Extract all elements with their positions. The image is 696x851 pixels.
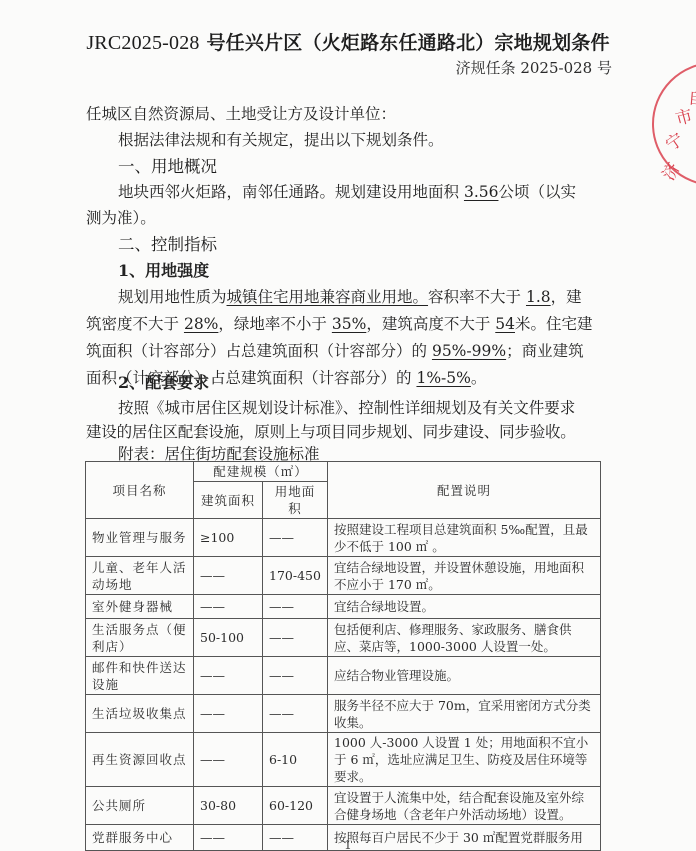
intro-paragraph: 根据法律法规和有关规定，提出以下规划条件。 xyxy=(118,127,638,154)
cell-land: 170-450 xyxy=(263,557,328,595)
cell-desc: 宜结合绿地设置，并设置休憩设施，用地面积不应小于 170 ㎡。 xyxy=(328,557,601,595)
cell-name: 生活垃圾收集点 xyxy=(86,695,194,733)
header-build-area: 建筑面积 xyxy=(194,482,263,519)
table-row: 再生资源回收点 —— 6-10 1000 人-3000 人设置 1 处；用地面积… xyxy=(86,733,601,787)
sub2-heading: 2、配套要求 xyxy=(118,369,638,396)
header-item-name: 项目名称 xyxy=(86,462,194,519)
table-row: 物业管理与服务 ≥100 —— 按照建设工程项目总建筑面积 5‰配置，且最少不低… xyxy=(86,519,601,557)
cell-name: 生活服务点（便利店） xyxy=(86,619,194,657)
cell-land: —— xyxy=(263,657,328,695)
cell-desc: 包括便利店、修理服务、家政服务、膳食供应、菜店等，1000-3000 人设置一处… xyxy=(328,619,601,657)
addressee: 任城区自然资源局、土地受让方及设计单位： xyxy=(86,101,606,128)
cell-desc: 宜设置于人流集中处，结合配套设施及室外综合健身场地（含老年户外活动场地）设置。 xyxy=(328,787,601,825)
section1-line1: 地块西邻火炬路，南邻任通路。规划建设用地面积 3.56公顷（以实 xyxy=(118,179,638,206)
cell-land: 6-10 xyxy=(263,733,328,787)
cell-land: —— xyxy=(263,595,328,619)
far-value: 1.8 xyxy=(526,288,551,306)
site-area: 3.56 xyxy=(464,183,499,201)
height-value: 54 xyxy=(495,315,515,333)
stamp-char-4: 自 xyxy=(687,83,696,109)
section2-heading: 二、控制指标 xyxy=(118,231,638,258)
table-row: 室外健身器械 —— —— 宜结合绿地设置。 xyxy=(86,595,601,619)
table-row: 公共厕所 30-80 60-120 宜设置于人流集中处，结合配套设施及室外综合健… xyxy=(86,787,601,825)
green-value: 35% xyxy=(332,315,366,333)
cell-build: 50-100 xyxy=(194,619,263,657)
cell-desc: 1000 人-3000 人设置 1 处；用地面积不宜小于 6 ㎡，选址应满足卫生… xyxy=(328,733,601,787)
facilities-table: 项目名称 配建规模（㎡） 配置说明 建筑面积 用地面积 物业管理与服务 ≥100… xyxy=(85,461,601,851)
header-scale: 配建规模（㎡） xyxy=(194,462,328,482)
cell-build: —— xyxy=(194,695,263,733)
sub2-line1: 按照《城市居住区规划设计标准》、控制性详细规划及有关文件要求 xyxy=(118,395,638,422)
cell-name: 再生资源回收点 xyxy=(86,733,194,787)
section1-heading: 一、用地概况 xyxy=(118,153,638,180)
cell-name: 儿童、老年人活动场地 xyxy=(86,557,194,595)
cell-desc: 应结合物业管理设施。 xyxy=(328,657,601,695)
header-land-area: 用地面积 xyxy=(263,482,328,519)
cell-build: —— xyxy=(194,557,263,595)
cell-name: 邮件和快件送达设施 xyxy=(86,657,194,695)
table-row: 邮件和快件送达设施 —— —— 应结合物业管理设施。 xyxy=(86,657,601,695)
title-text: 号任兴片区（火炬路东任通路北）宗地规划条件 xyxy=(206,32,609,54)
cell-land: —— xyxy=(263,619,328,657)
cell-desc: 按照建设工程项目总建筑面积 5‰配置，且最少不低于 100 ㎡ 。 xyxy=(328,519,601,557)
cell-name: 室外健身器械 xyxy=(86,595,194,619)
intensity-line3: 筑面积（计容部分）占总建筑面积（计容部分）的 95%-99%；商业建筑 xyxy=(86,338,606,365)
land-use: 城镇住宅用地兼容商业用地。 xyxy=(227,288,429,306)
cell-land: 60-120 xyxy=(263,787,328,825)
cell-land: —— xyxy=(263,519,328,557)
table-row: 生活垃圾收集点 —— —— 服务半径不应大于 70m，宜采用密闭方式分类收集。 xyxy=(86,695,601,733)
residential-ratio: 95%-99% xyxy=(432,342,506,360)
sub1-heading: 1、用地强度 xyxy=(118,257,638,284)
cell-build: —— xyxy=(194,657,263,695)
cell-build: —— xyxy=(194,733,263,787)
section1-line2: 测为准）。 xyxy=(86,205,606,232)
cell-build: —— xyxy=(194,595,263,619)
table-row: 儿童、老年人活动场地 —— 170-450 宜结合绿地设置，并设置休憩设施，用地… xyxy=(86,557,601,595)
document-title: JRC2025-028 号任兴片区（火炬路东任通路北）宗地规划条件 xyxy=(0,28,696,55)
cell-build: ≥100 xyxy=(194,519,263,557)
intensity-line2: 筑密度不大于 28%，绿地率不小于 35%，建筑高度不大于 54米。住宅建 xyxy=(86,311,606,338)
cell-desc: 服务半径不应大于 70m，宜采用密闭方式分类收集。 xyxy=(328,695,601,733)
table-row: 生活服务点（便利店） 50-100 —— 包括便利店、修理服务、家政服务、膳食供… xyxy=(86,619,601,657)
cell-desc: 宜结合绿地设置。 xyxy=(328,595,601,619)
header-description: 配置说明 xyxy=(328,462,601,519)
cell-build: 30-80 xyxy=(194,787,263,825)
document-number: 济规任条 2025-028 号 xyxy=(456,57,612,78)
title-code: JRC2025-028 xyxy=(86,32,199,54)
cell-land: —— xyxy=(263,695,328,733)
cell-name: 物业管理与服务 xyxy=(86,519,194,557)
intensity-line1: 规划用地性质为城镇住宅用地兼容商业用地。容积率不大于 1.8，建 xyxy=(118,284,638,311)
density-value: 28% xyxy=(184,315,218,333)
page-number: 1 xyxy=(0,838,696,851)
cell-name: 公共厕所 xyxy=(86,787,194,825)
